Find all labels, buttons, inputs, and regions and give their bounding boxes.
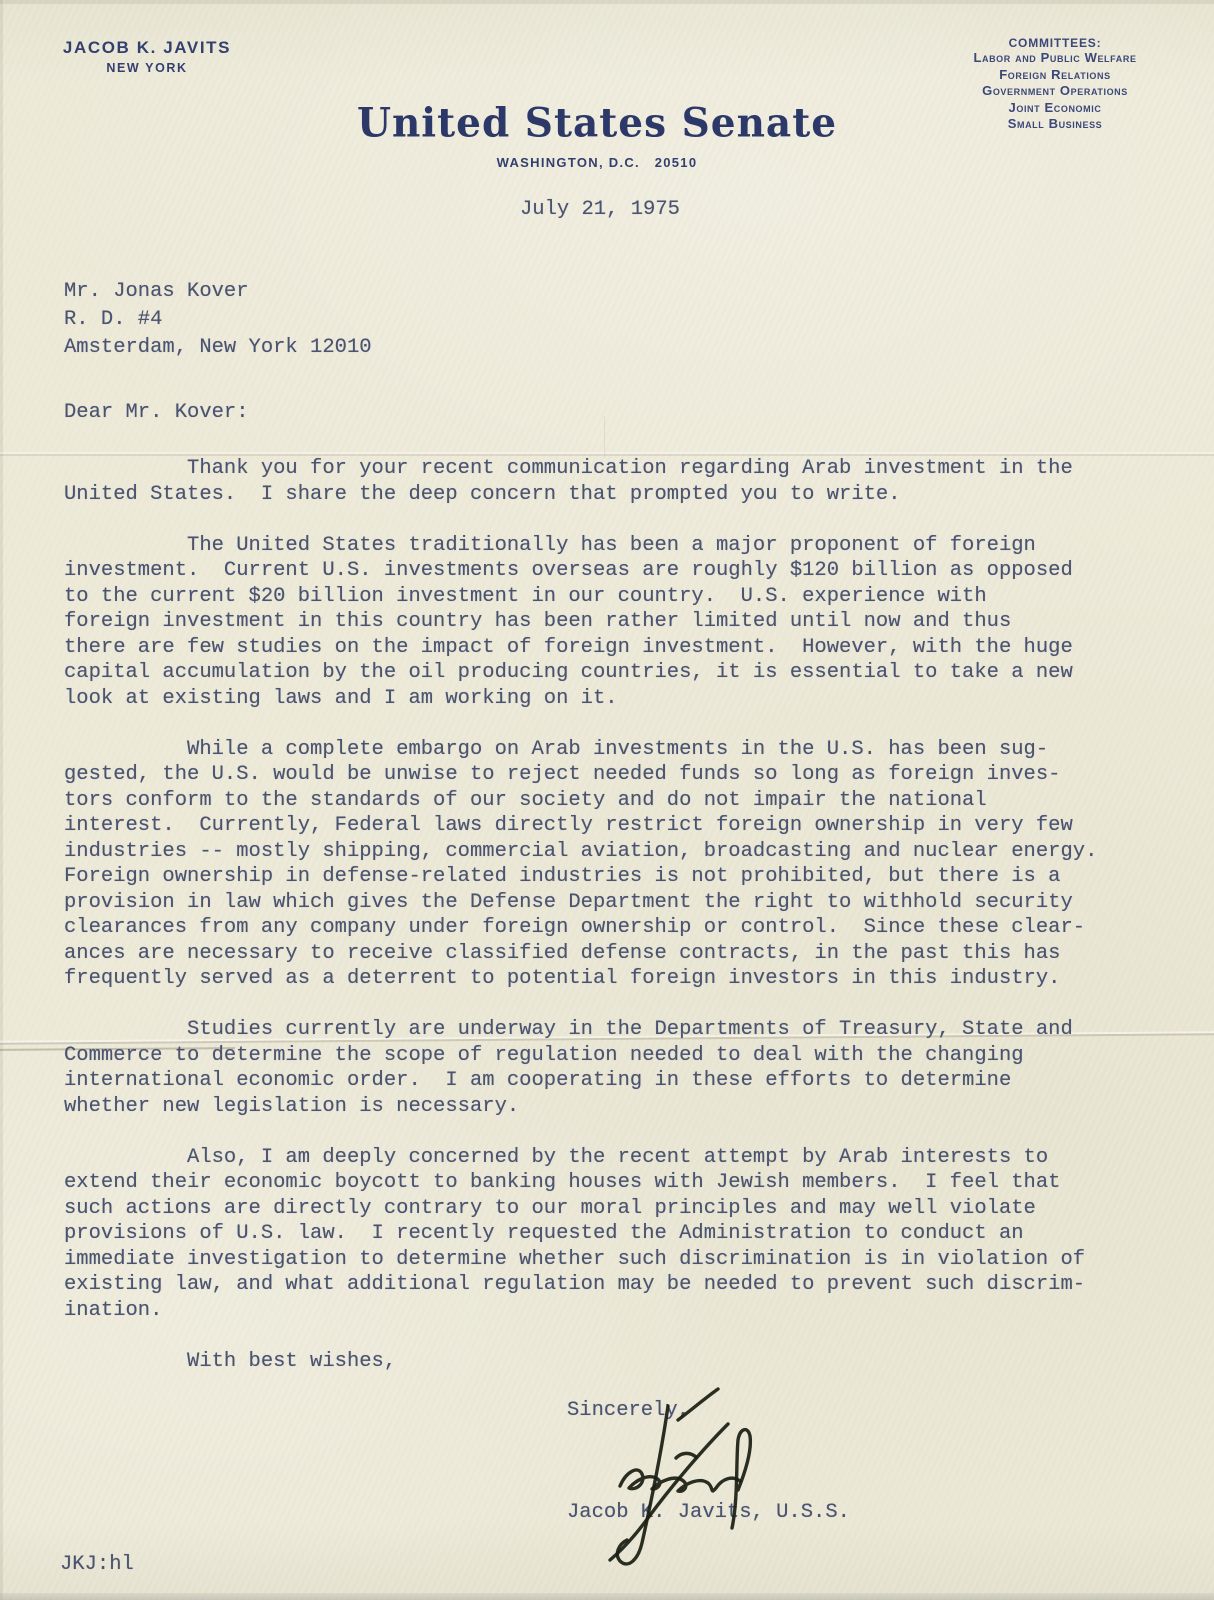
- scan-edge-left: [0, 0, 3, 1600]
- paragraph-2: The United States traditionally has been…: [64, 533, 1190, 712]
- letter-body: Thank you for your recent communication …: [64, 456, 1190, 1374]
- scan-edge-bottom: [0, 1593, 1214, 1600]
- paragraph-1: Thank you for your recent communication …: [64, 456, 1190, 507]
- date-line: July 21, 1975: [520, 197, 680, 223]
- letter-page: JACOB K. JAVITS NEW YORK COMMITTEES: Lab…: [0, 0, 1214, 1600]
- committees-label: COMMITTEES:: [930, 36, 1180, 50]
- salutation: Dear Mr. Kover:: [64, 400, 249, 426]
- paragraph-4: Studies currently are underway in the De…: [64, 1017, 1190, 1119]
- masthead-address: WASHINGTON, D.C. 20510: [0, 155, 1194, 170]
- reference-initials: JKJ:hl: [60, 1552, 134, 1578]
- senate-masthead: United States Senate WASHINGTON, D.C. 20…: [0, 100, 1194, 170]
- sender-name: JACOB K. JAVITS: [47, 38, 247, 58]
- sender-block: JACOB K. JAVITS NEW YORK: [47, 38, 247, 75]
- committee-item: Government Operations: [930, 83, 1180, 100]
- closing-line: With best wishes,: [64, 1349, 1190, 1375]
- committee-item: Labor and Public Welfare: [930, 50, 1180, 67]
- scan-edge-top: [0, 0, 1214, 4]
- paragraph-3: While a complete embargo on Arab investm…: [64, 737, 1190, 992]
- committee-item: Foreign Relations: [930, 67, 1180, 84]
- paragraph-5: Also, I am deeply concerned by the recen…: [64, 1145, 1190, 1324]
- fold-crease-vertical: [603, 416, 605, 458]
- signature-scrawl: [540, 1378, 800, 1578]
- sender-state: NEW YORK: [47, 61, 247, 75]
- recipient-address: Mr. Jonas Kover R. D. #4 Amsterdam, New …: [64, 278, 372, 362]
- masthead-title: United States Senate: [0, 99, 1194, 147]
